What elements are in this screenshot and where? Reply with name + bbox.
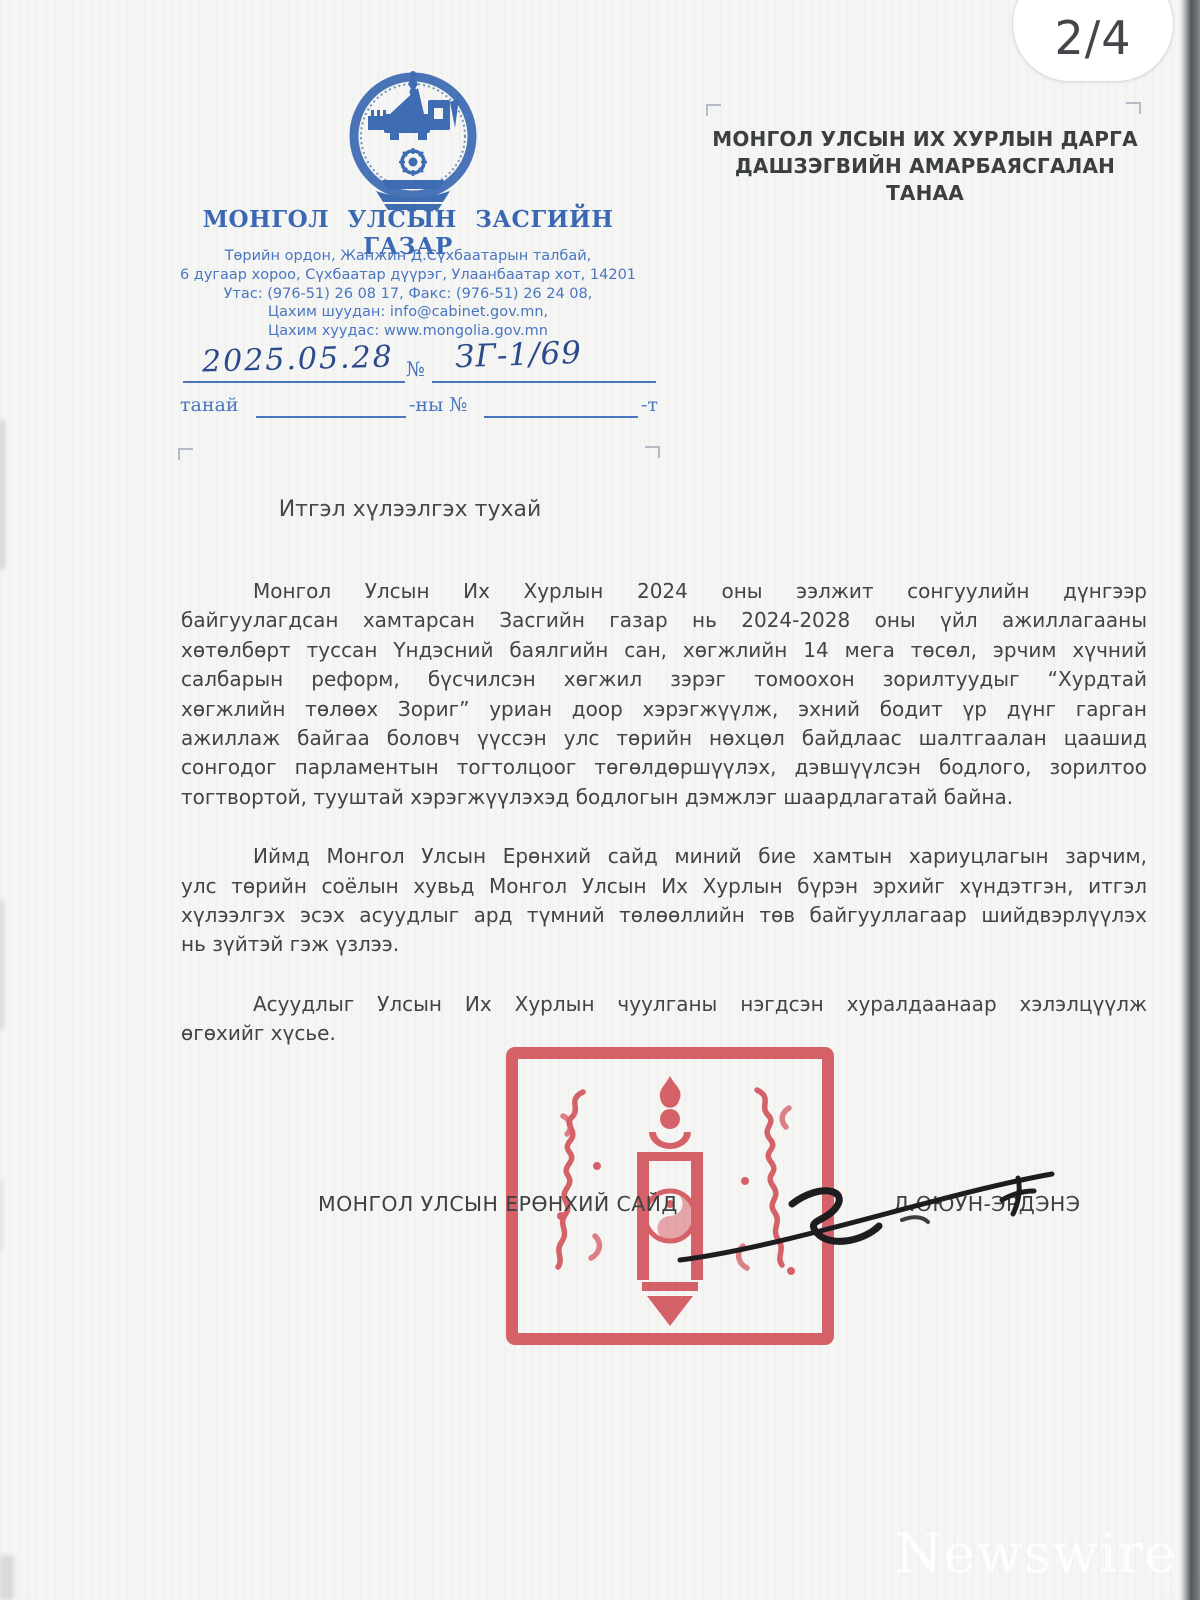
body-paragraph: Асуудлыг Улсын Их Хурлын чуулганы нэгдсэ… [181, 990, 1147, 1049]
page-indicator-label: 2/4 [1054, 11, 1131, 65]
body-line: байгуулагдсан хамтарсан Засгийн газар нь… [181, 606, 1147, 635]
scanned-letter-page: 2/4 Newswire [0, 0, 1200, 1600]
body-line: Асуудлыг Улсын Их Хурлын чуулганы нэгдсэ… [181, 990, 1147, 1019]
org-address: Төрийн ордон, Жанжин Д.Сүхбаатарын талба… [158, 247, 658, 341]
recipient-line: МОНГОЛ УЛСЫН ИХ ХУРЛЫН ДАРГА [695, 126, 1155, 153]
your-ref-underline [256, 416, 406, 418]
your-ref-suffix: -т [641, 394, 658, 416]
address-line: Төрийн ордон, Жанжин Д.Сүхбаатарын талба… [158, 247, 658, 266]
body-line: ажиллаж байгаа боловч үүссэн улс төрийн … [181, 724, 1147, 753]
address-line: Цахим шуудан: info@cabinet.gov.mn, [158, 303, 658, 322]
body-line: тогтвортой, тууштай хэрэгжүүлэхэд бодлог… [181, 783, 1147, 812]
body-line: хөгжлийн төлөөх Зориг” уриан доор хэрэгж… [181, 695, 1147, 724]
body-line: Иймд Монгол Улсын Ерөнхий сайд миний бие… [181, 842, 1147, 871]
page-indicator-badge: 2/4 [1012, 0, 1174, 82]
your-ref-underline [484, 416, 638, 418]
handwritten-ref-number: ЗГ-1/69 [454, 335, 582, 375]
body-line: нь зүйтэй гэж үзлээ. [181, 930, 1147, 959]
body-line: хүлээлгэх эсэх асуудлыг ард түмний төлөө… [181, 901, 1147, 930]
your-ref-prefix: танай [180, 394, 239, 416]
corner-mark [1126, 102, 1141, 114]
scan-smudge [0, 420, 5, 570]
your-ref-mid: -ны № [409, 394, 467, 416]
body-line: өгөхийг хүсье. [181, 1019, 1147, 1048]
address-line: 6 дугаар хороо, Сүхбаатар дүүрэг, Улаанб… [158, 266, 658, 285]
date-underline [183, 381, 405, 383]
ref-underline [432, 381, 656, 383]
signer-title: МОНГОЛ УЛСЫН ЕРӨНХИЙ САЙД [318, 1192, 678, 1216]
recipient-block: МОНГОЛ УЛСЫН ИХ ХУРЛЫН ДАРГА ДАШЗЭГВИЙН … [695, 126, 1155, 207]
corner-mark [178, 448, 193, 460]
scan-page-edge [1180, 0, 1200, 1600]
body-paragraph: Иймд Монгол Улсын Ерөнхий сайд миний бие… [181, 842, 1147, 960]
recipient-line: ТАНАА [695, 180, 1155, 207]
corner-mark [706, 104, 721, 116]
body-paragraph: Монгол Улсын Их Хурлын 2024 оны ээлжит с… [181, 577, 1147, 812]
body-line: салбарын реформ, бүсчилсэн хөгжил зэрэг … [181, 665, 1147, 694]
address-line: Цахим хуудас: www.mongolia.gov.mn [158, 322, 658, 341]
watermark-text: Newswire [895, 1522, 1185, 1585]
handwritten-date: 2025.05.28 [202, 339, 395, 379]
scan-smudge [0, 1555, 14, 1600]
subject-title: Итгэл хүлээлгэх тухай [180, 497, 640, 522]
scan-smudge [0, 1180, 3, 1250]
corner-mark [645, 446, 660, 458]
address-line: Утас: (976-51) 26 08 17, Факс: (976-51) … [158, 285, 658, 304]
body-line: хөтөлбөрт туссан Үндэсний баялгийн сан, … [181, 636, 1147, 665]
body-line: улс төрийн соёлын хувьд Монгол Улсын Их … [181, 872, 1147, 901]
signature-scribble [650, 1142, 1070, 1296]
state-emblem-icon [338, 58, 488, 214]
number-symbol: № [406, 357, 425, 381]
body-line: сонгодог парламентын тогтолцоог төгөлдөр… [181, 753, 1147, 782]
scan-smudge [0, 900, 4, 1030]
body-line: Монгол Улсын Их Хурлын 2024 оны ээлжит с… [181, 577, 1147, 606]
recipient-line: ДАШЗЭГВИЙН АМАРБАЯСГАЛАН [695, 153, 1155, 180]
letter-body: Монгол Улсын Их Хурлын 2024 оны ээлжит с… [181, 577, 1147, 1079]
